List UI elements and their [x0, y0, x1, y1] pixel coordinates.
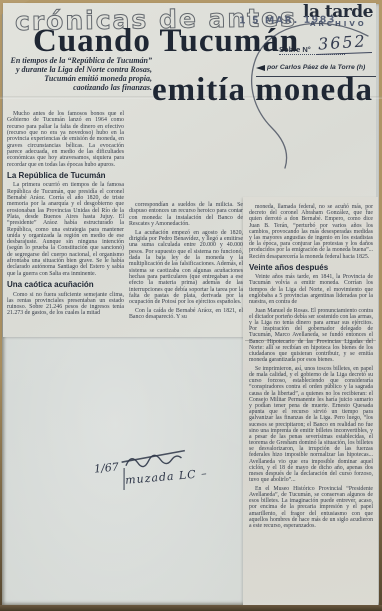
deck-summary: En tiempos de la “República de Tucumán” …	[8, 56, 152, 92]
byline-rule	[256, 76, 376, 77]
archive-label: ARCHIVO	[310, 20, 367, 28]
byline-text: por Carlos Páez de la Torre (h)	[267, 64, 365, 71]
article-column-2: correspondían a sueldos de la milicia. S…	[129, 202, 243, 323]
headline-line2: emitía moneda	[152, 72, 373, 109]
paragraph: Como si no fuera suficiente semejante cl…	[7, 292, 124, 317]
paragraph: La primera ocurrió en tiempos de la famo…	[7, 182, 124, 277]
scanned-newspaper-clipping: crónicas de antes la tarde 1 5 MAR. 1983…	[0, 0, 382, 611]
headline-line1: Cuando Tucumán	[33, 23, 299, 60]
photo-bottom-edge	[0, 605, 382, 611]
paragraph: La acuñación empezó en agosto de 1820, d…	[129, 230, 243, 306]
envelope-number-handwritten: 3652	[317, 31, 367, 53]
paragraph: Juan Manuel de Rosas. El pronunciamiento…	[249, 308, 373, 364]
paragraph: moneda, llamada federal, no se acuñó más…	[249, 204, 373, 260]
paragraph: Mucho antes de los famosos bonos que el …	[7, 111, 124, 168]
subhead-la-republica-de-tucuman: La República de Tucumán	[7, 171, 124, 180]
paragraph: correspondían a sueldos de la milicia. S…	[129, 202, 243, 227]
paragraph: Se imprimieron, así, unos toscos billete…	[249, 366, 373, 484]
byline: por Carlos Páez de la Torre (h)	[256, 64, 365, 71]
byline-arrow-icon	[256, 65, 265, 71]
subhead-veinte-anos-despues: Veinte años después	[249, 263, 373, 272]
article-column-3: moneda, llamada federal, no se acuñó más…	[249, 204, 373, 532]
paragraph: En el Museo Histórico Provincial “Presid…	[249, 486, 373, 529]
paragraph: Con la caída de Bernabé Aráoz, en 1821, …	[129, 308, 243, 321]
paragraph: Veinte años más tarde, en 1841, la Provi…	[249, 274, 373, 305]
article-column-1: Mucho antes de los famosos bonos que el …	[7, 111, 124, 319]
subhead-una-caotica-acunacion: Una caótica acuñación	[7, 280, 124, 289]
